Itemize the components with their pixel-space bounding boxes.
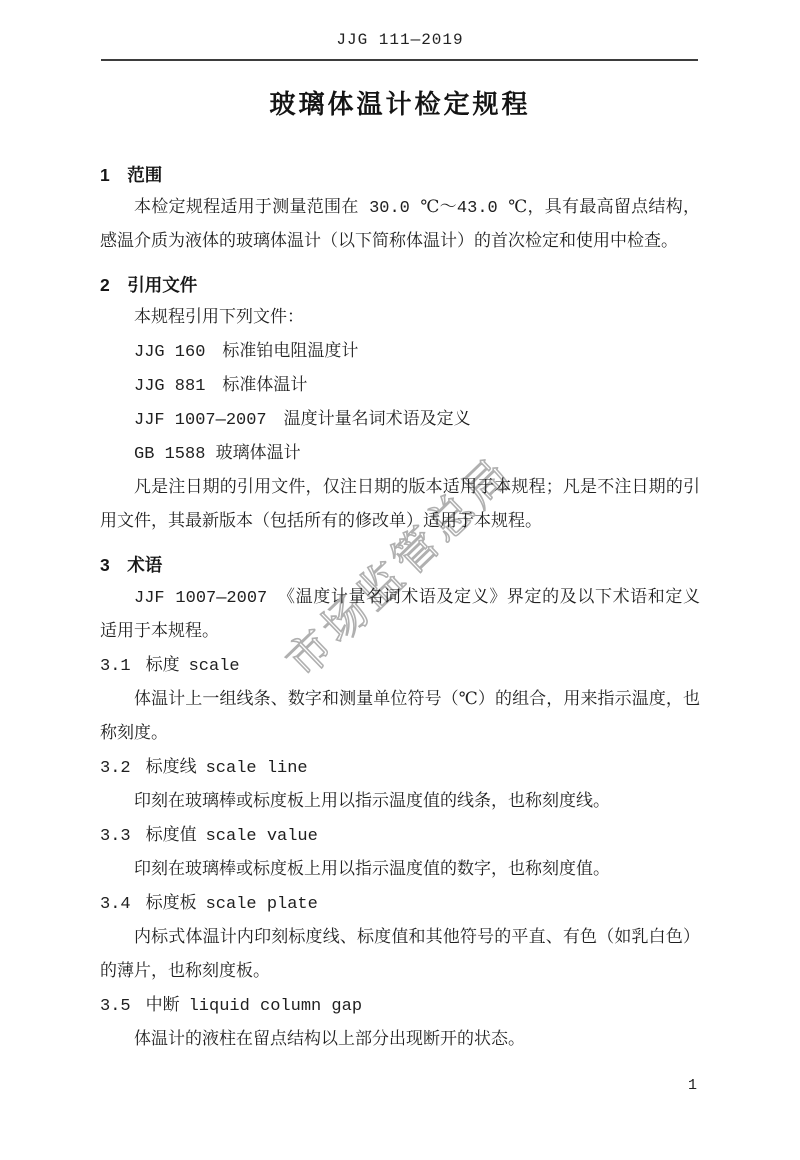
paragraph-references-intro: 本规程引用下列文件： <box>100 302 700 336</box>
reference-item: JJF 1007—2007 温度计量名词术语及定义 <box>100 404 700 438</box>
term-name-zh: 标度板 <box>146 895 197 914</box>
term-heading: 3.1标度scale <box>100 650 700 684</box>
term-definition: 内标式体温计内印刻标度线、标度值和其他符号的平直、有色（如乳白色）的薄片，也称刻… <box>100 922 700 990</box>
document-body: 1 范围 本检定规程适用于测量范围在 30.0 ℃～43.0 ℃，具有最高留点结… <box>100 150 700 1058</box>
section-heading-terms: 3 术语 <box>100 548 700 582</box>
term-name-zh: 标度 <box>146 657 180 676</box>
term-number: 3.1 <box>100 657 131 676</box>
term-heading: 3.3标度值scale value <box>100 820 700 854</box>
term-definition: 印刻在玻璃棒或标度板上用以指示温度值的线条，也称刻度线。 <box>100 786 700 820</box>
standard-code: JJG 111—2019 <box>0 31 800 49</box>
term-number: 3.4 <box>100 895 131 914</box>
term-definition: 体温计上一组线条、数字和测量单位符号（℃）的组合，用来指示温度，也称刻度。 <box>100 684 700 752</box>
term-heading: 3.4标度板scale plate <box>100 888 700 922</box>
term-name-zh: 标度值 <box>146 827 197 846</box>
reference-item: JJG 160 标准铂电阻温度计 <box>100 336 700 370</box>
term-name-zh: 标度线 <box>146 759 197 778</box>
term-heading: 3.5中断liquid column gap <box>100 990 700 1024</box>
term-heading: 3.2标度线scale line <box>100 752 700 786</box>
term-definition: 体温计的液柱在留点结构以上部分出现断开的状态。 <box>100 1024 700 1058</box>
paragraph-terms-intro: JJF 1007—2007 《温度计量名词术语及定义》界定的及以下术语和定义适用… <box>100 582 700 650</box>
term-name-en: scale value <box>206 827 318 846</box>
term-number: 3.5 <box>100 997 131 1016</box>
header-rule <box>101 59 698 61</box>
document-page: 市场监管总局 JJG 111—2019 玻璃体温计检定规程 1 范围 本检定规程… <box>0 0 800 1160</box>
page-number: 1 <box>688 1077 697 1094</box>
section-heading-scope: 1 范围 <box>100 158 700 192</box>
term-name-en: scale <box>189 657 240 676</box>
reference-item: JJG 881 标准体温计 <box>100 370 700 404</box>
paragraph-scope: 本检定规程适用于测量范围在 30.0 ℃～43.0 ℃，具有最高留点结构，感温介… <box>100 192 700 260</box>
term-number: 3.3 <box>100 827 131 846</box>
page-title: 玻璃体温计检定规程 <box>0 84 800 121</box>
reference-item: GB 1588 玻璃体温计 <box>100 438 700 472</box>
paragraph-references-closing: 凡是注日期的引用文件，仅注日期的版本适用于本规程；凡是不注日期的引用文件，其最新… <box>100 472 700 540</box>
section-heading-references: 2 引用文件 <box>100 268 700 302</box>
term-number: 3.2 <box>100 759 131 778</box>
term-name-en: scale plate <box>206 895 318 914</box>
term-name-en: liquid column gap <box>189 997 362 1016</box>
term-name-zh: 中断 <box>146 997 180 1016</box>
term-definition: 印刻在玻璃棒或标度板上用以指示温度值的数字，也称刻度值。 <box>100 854 700 888</box>
term-name-en: scale line <box>206 759 308 778</box>
